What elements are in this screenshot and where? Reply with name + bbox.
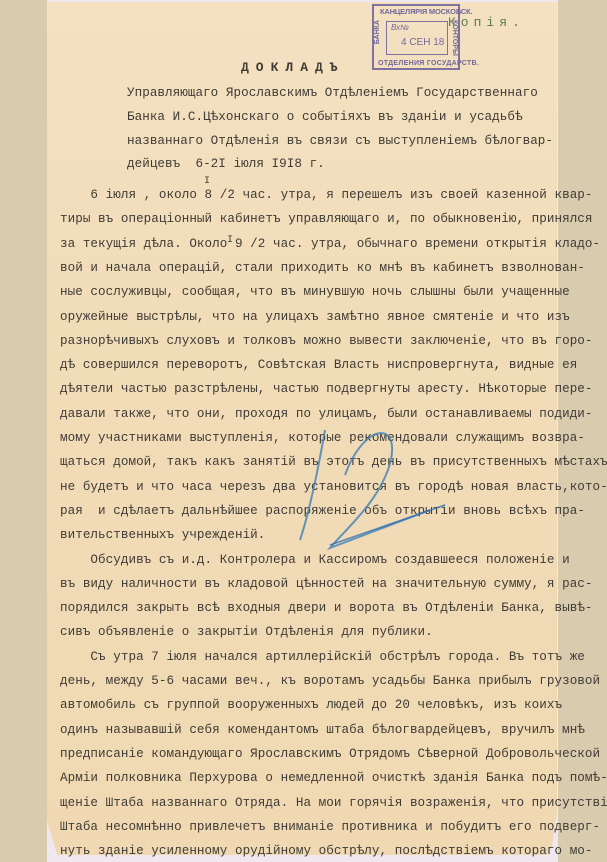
body-line: не будетъ и что часа черезъ два установи… bbox=[60, 480, 607, 494]
stamp-number: Вх№ bbox=[391, 23, 409, 32]
body-line: 6 іюля , около 8 /2 час. утра, я перешел… bbox=[60, 188, 593, 202]
stamp-left-text: БАНКА bbox=[374, 20, 381, 44]
heading-line: Банка И.С.Цѣхонскаго о событіяхъ въ здан… bbox=[127, 110, 523, 124]
body-line: въ виду наличности въ кладовой цѣнностей… bbox=[60, 577, 593, 591]
body-line: разнорѣчивыхъ слуховъ и толковъ можно вы… bbox=[60, 334, 593, 348]
body-line: за текущія дѣла. Около 9 /2 час. утра, о… bbox=[60, 237, 600, 251]
document-title: ДОКЛАДЪ bbox=[241, 60, 345, 75]
body-line: щеніе Штаба названнаго Отряда. На мои го… bbox=[60, 796, 607, 810]
body-line: рая и сдѣлаетъ дальнѣйшее распоряженіе о… bbox=[60, 504, 585, 518]
registry-stamp: КАНЦЕЛЯРІЯ МОСКОВСК. БАНКА КОНТОРЫ Вх№ 4… bbox=[372, 4, 460, 70]
heading-line: Управляющаго Ярославскимъ Отдѣленіемъ Го… bbox=[127, 86, 538, 100]
body-line: оружейные выстрѣлы, что на улицахъ замѣт… bbox=[60, 310, 570, 324]
body-line: предписаніе командующаго Ярославскимъ От… bbox=[60, 747, 600, 761]
body-line: вой и начала операцій, стали приходить к… bbox=[60, 261, 585, 275]
body-line: ные сослуживцы, сообщая, что въ минувшую… bbox=[60, 285, 570, 299]
body-line: нуть зданіе усиленному орудійному обстрѣ… bbox=[60, 844, 593, 858]
copy-label: Копія. bbox=[448, 15, 525, 30]
body-line: сивъ объявленіе о закрытіи Отдѣленія для… bbox=[60, 625, 433, 639]
body-line: Съ утра 7 іюля начался артиллерійскій об… bbox=[60, 650, 585, 664]
body-line: автомобиль съ группой вооруженныхъ людей… bbox=[60, 698, 562, 712]
body-line: день, между 5-6 часами веч., къ воротамъ… bbox=[60, 674, 600, 688]
body-line: дѣятели частью разстрѣлены, частью подве… bbox=[60, 382, 593, 396]
body-line: порядился закрыть всѣ входныя двери и во… bbox=[60, 601, 593, 615]
body-line: мому участниками выступленія, которые ре… bbox=[60, 431, 585, 445]
stamp-date: 4 СЕН 18 bbox=[401, 37, 444, 48]
body-line: давали также, что они, проходя по улицам… bbox=[60, 407, 593, 421]
body-line: тиры въ операціонный кабинетъ управляюща… bbox=[60, 212, 593, 226]
heading-line: дейцевъ 6-2I іюля I9I8 г. bbox=[127, 157, 325, 171]
body-line: Штаба несомнѣнно привлечетъ вниманіе про… bbox=[60, 820, 600, 834]
heading-line: названнаго Отдѣленія въ связи съ выступл… bbox=[127, 134, 553, 148]
stamp-inner-box: Вх№ 4 СЕН 18 bbox=[386, 21, 448, 55]
stamp-bottom-text: ОТДЕЛЕНИЯ ГОСУДАРСТВ. bbox=[378, 60, 479, 67]
body-line: Арміи полковника Перхурова о немедленной… bbox=[60, 771, 607, 785]
body-line: вительственныхъ учрежденій. bbox=[60, 528, 265, 542]
body-line: Обсудивъ съ и.д. Контролера и Кассиромъ … bbox=[60, 553, 570, 567]
body-line: дѣ совершился переворотъ, Совѣтская Влас… bbox=[60, 358, 577, 372]
body-line: щаться домой, такъ какъ занятій въ этотъ… bbox=[60, 455, 607, 469]
fraction-mark: I bbox=[204, 176, 210, 187]
body-line: одинъ называвшій себя комендантомъ штаба… bbox=[60, 723, 585, 737]
